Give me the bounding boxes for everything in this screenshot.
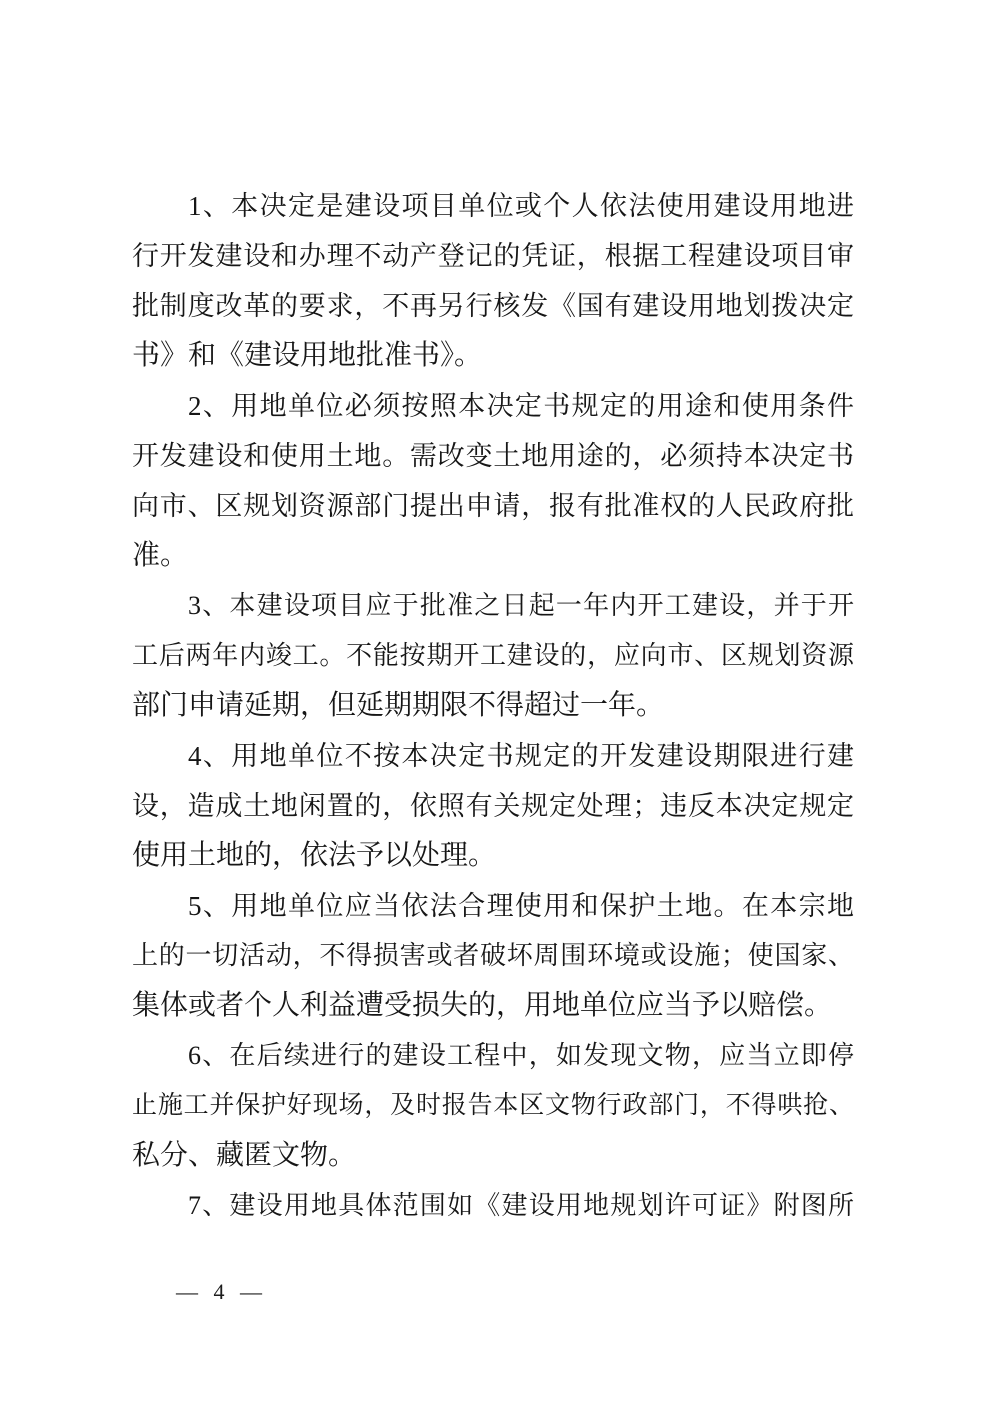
document-text-line: 书》和《建设用地批准书》。 xyxy=(132,331,854,381)
document-text-line: 批制度改革的要求，不再另行核发《国有建设用地划拨决定 xyxy=(132,281,854,331)
document-text-line: 止施工并保护好现场，及时报告本区文物行政部门，不得哄抢、 xyxy=(132,1081,854,1131)
document-text-line: 准。 xyxy=(132,531,854,581)
document-text-line: 集体或者个人利益遭受损失的，用地单位应当予以赔偿。 xyxy=(132,981,854,1031)
document-text-line: 7、建设用地具体范围如《建设用地规划许可证》附图所 xyxy=(132,1181,854,1231)
document-page: 1、本决定是建设项目单位或个人依法使用建设用地进行开发建设和办理不动产登记的凭证… xyxy=(0,0,992,1403)
document-text-line: 设，造成土地闲置的，依照有关规定处理；违反本决定规定 xyxy=(132,781,854,831)
document-text-line: 部门申请延期，但延期期限不得超过一年。 xyxy=(132,681,854,731)
document-text-line: 上的一切活动，不得损害或者破坏周围环境或设施；使国家、 xyxy=(132,931,854,981)
document-text-line: 1、本决定是建设项目单位或个人依法使用建设用地进 xyxy=(132,181,854,231)
document-text-line: 向市、区规划资源部门提出申请，报有批准权的人民政府批 xyxy=(132,481,854,531)
document-text-line: 行开发建设和办理不动产登记的凭证，根据工程建设项目审 xyxy=(132,231,854,281)
document-text-line: 3、本建设项目应于批准之日起一年内开工建设，并于开 xyxy=(132,581,854,631)
document-body: 1、本决定是建设项目单位或个人依法使用建设用地进行开发建设和办理不动产登记的凭证… xyxy=(132,181,854,1231)
document-text-line: 开发建设和使用土地。需改变土地用途的，必须持本决定书 xyxy=(132,431,854,481)
document-text-line: 私分、藏匿文物。 xyxy=(132,1131,854,1181)
document-text-line: 使用土地的，依法予以处理。 xyxy=(132,831,854,881)
document-text-line: 6、在后续进行的建设工程中，如发现文物，应当立即停 xyxy=(132,1031,854,1081)
document-text-line: 2、用地单位必须按照本决定书规定的用途和使用条件 xyxy=(132,381,854,431)
document-text-line: 5、用地单位应当依法合理使用和保护土地。在本宗地 xyxy=(132,881,854,931)
document-text-line: 工后两年内竣工。不能按期开工建设的，应向市、区规划资源 xyxy=(132,631,854,681)
document-text-line: 4、用地单位不按本决定书规定的开发建设期限进行建 xyxy=(132,731,854,781)
page-number: — 4 — xyxy=(176,1272,267,1312)
